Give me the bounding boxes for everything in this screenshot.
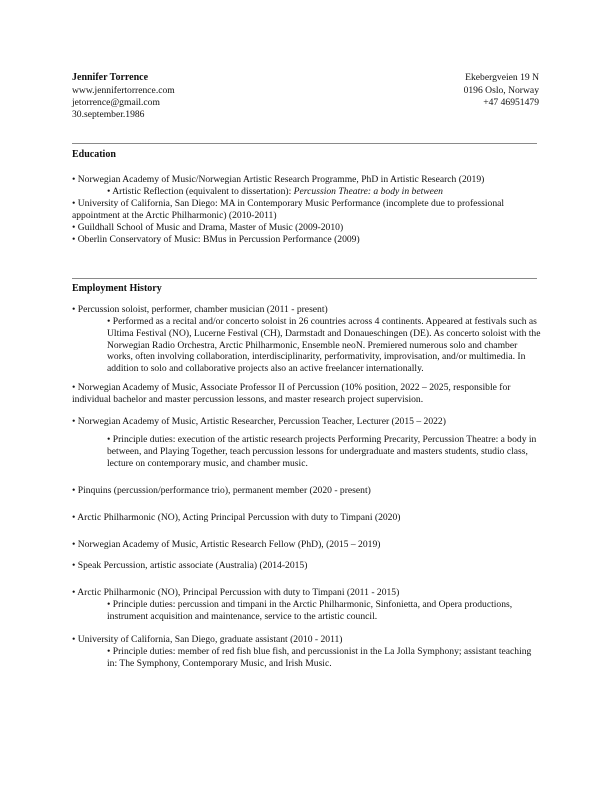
employment-item: • Norwegian Academy of Music, Associate … [72,382,542,406]
birthdate: 30.september.1986 [72,109,144,121]
section-divider [72,143,537,144]
employment-item: • Norwegian Academy of Music, Artistic R… [72,539,542,551]
applicant-name: Jennifer Torrence [72,72,148,84]
employment-sub-item: • Principle duties: percussion and timpa… [107,599,543,623]
dissertation-label: • Artistic Reflection (equivalent to dis… [107,186,294,197]
employment-item: • Pinquins (percussion/performance trio)… [72,485,542,497]
address-line-1: Ekebergveien 19 N [465,72,539,84]
employment-item: • Arctic Philharmonic (NO), Acting Princ… [72,512,542,524]
employment-item: • Percussion soloist, performer, chamber… [72,304,542,316]
phone-number: +47 46951479 [483,97,539,109]
address-line-2: 0196 Oslo, Norway [464,85,539,97]
education-heading: Education [72,149,116,161]
email-link[interactable]: jetorrence@gmail.com [72,97,160,109]
employment-item: • University of California, San Diego, g… [72,634,542,646]
dissertation-title: Percussion Theatre: a body in between [294,186,443,197]
employment-sub-item: • Principle duties: execution of the art… [107,434,543,469]
education-sub-item: • Artistic Reflection (equivalent to dis… [107,186,543,198]
employment-sub-item: • Principle duties: member of red fish b… [107,646,543,670]
section-divider [72,278,537,279]
employment-item: • Norwegian Academy of Music, Artistic R… [72,416,542,428]
education-item: • Guildhall School of Music and Drama, M… [72,222,542,234]
education-item: • Norwegian Academy of Music/Norwegian A… [72,174,542,186]
employment-heading: Employment History [72,283,162,295]
employment-item: • Speak Percussion, artistic associate (… [72,560,542,572]
education-item: • University of California, San Diego: M… [72,198,542,222]
employment-sub-item: • Performed as a recital and/or concerto… [107,316,543,375]
website-link[interactable]: www.jennifertorrence.com [72,85,175,97]
employment-item: • Arctic Philharmonic (NO), Principal Pe… [72,587,542,599]
education-item: • Oberlin Conservatory of Music: BMus in… [72,234,542,246]
